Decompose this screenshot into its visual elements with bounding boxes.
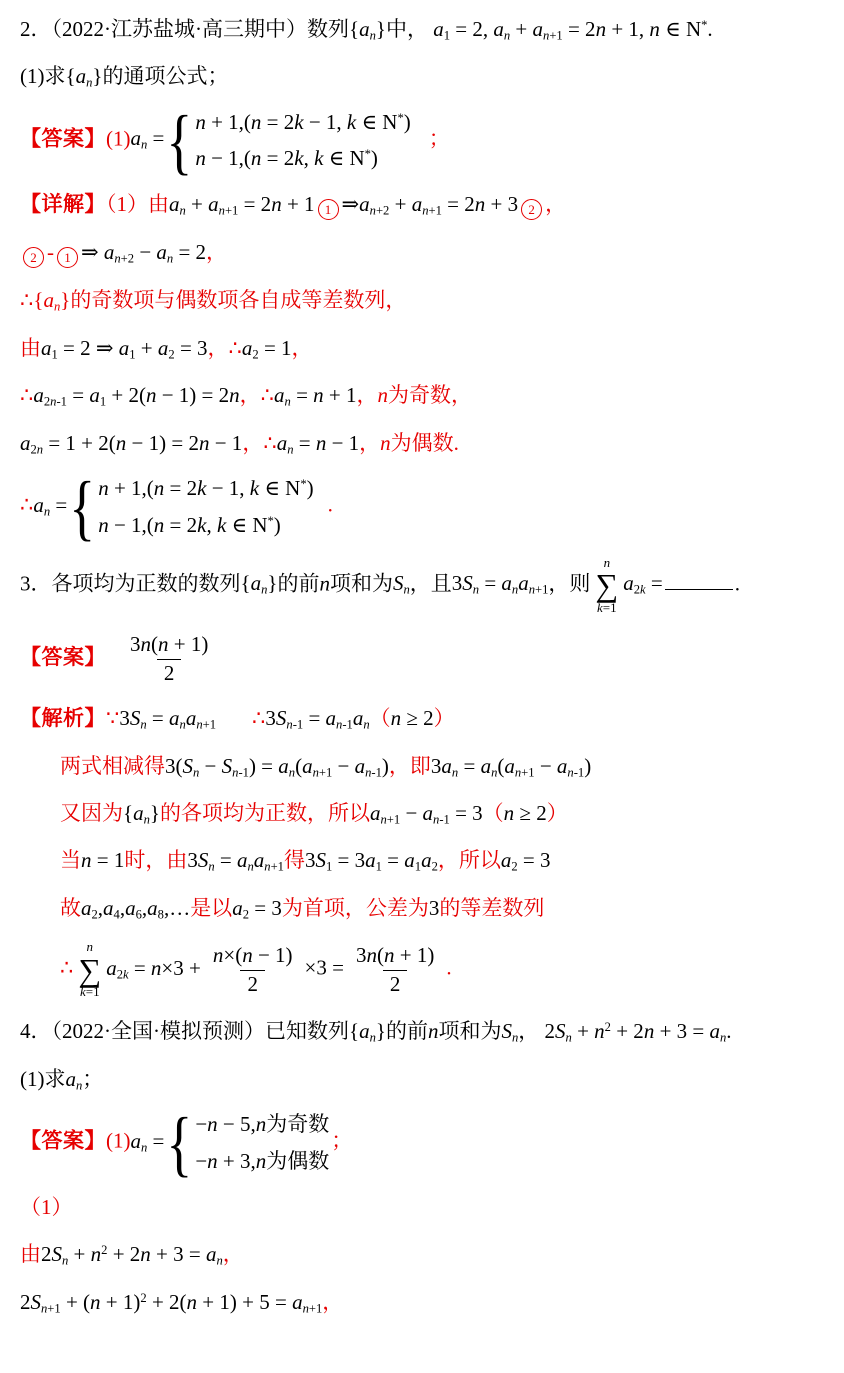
superscript: * xyxy=(365,147,371,161)
text: 当 xyxy=(60,848,81,872)
superscript: * xyxy=(701,18,707,32)
text: （1） xyxy=(20,1195,73,1219)
subscript: n xyxy=(289,765,295,779)
subscript: n-1 xyxy=(336,718,353,732)
subscript: n xyxy=(180,204,186,218)
subscript: 1 xyxy=(326,860,332,874)
fraction: 3n(n + 1)2 xyxy=(123,632,215,686)
math-text: a2,a4,a6,a8,… xyxy=(81,896,190,920)
text: ∴ xyxy=(20,493,33,517)
piecewise-row: −n − 5,n为奇数 xyxy=(195,1111,329,1138)
subscript: n+1 xyxy=(303,1301,323,1315)
problem-2-solution-line-2: 2-1⇒ an+2 − an = 2， xyxy=(20,237,824,268)
text: ，即 xyxy=(389,754,431,778)
subscript: n+1 xyxy=(515,765,535,779)
subscript: n xyxy=(261,583,267,597)
text: ， xyxy=(208,336,229,360)
math-text: 3n(n + 1) xyxy=(130,632,208,656)
problem-4-answer: 【答案】(1)an ={−n − 5,n为奇数−n + 3,n为偶数； xyxy=(20,1111,824,1175)
subscript: n xyxy=(287,442,293,456)
math-text: 2Sn + n2 + 2n + 3 = an. xyxy=(545,1019,732,1043)
math-text: an = n + 1 xyxy=(274,383,356,407)
piecewise-row: n − 1,(n = 2k, k ∈ N*) xyxy=(195,145,410,172)
math-text: {an} xyxy=(123,801,160,825)
subscript: n+1 xyxy=(264,860,284,874)
subscript: n+1 xyxy=(543,29,563,43)
text: 的前 xyxy=(386,1019,428,1043)
text: 由 xyxy=(20,336,41,360)
piecewise-row: n + 1,(n = 2k − 1, k ∈ N*) xyxy=(98,475,313,502)
text: 的等差数列 xyxy=(439,896,544,920)
text: 为首项，公差为 xyxy=(282,896,429,920)
text: （ xyxy=(483,801,504,825)
math-text: 3Sn = anan+1 xyxy=(452,571,549,595)
math-text: n xyxy=(428,1019,439,1043)
text: ， xyxy=(545,192,566,216)
text: . xyxy=(328,493,333,517)
text: ∴ xyxy=(20,383,33,407)
text: ，且 xyxy=(410,571,452,595)
math-text: an + an+1 = 2n + 1 xyxy=(169,192,315,216)
piecewise-row: n − 1,(n = 2k, k ∈ N*) xyxy=(98,512,313,539)
piecewise-rows: −n − 5,n为奇数−n + 3,n为偶数 xyxy=(195,1111,329,1175)
subscript: n+1 xyxy=(380,813,400,827)
subscript: n xyxy=(44,504,50,518)
math-text: an+2 + an+1 = 2n + 3 xyxy=(359,192,518,216)
math-text: n ≥ 2 xyxy=(391,706,434,730)
text: 【答案】 xyxy=(20,1129,106,1153)
text: ； xyxy=(82,1067,103,1091)
problem-3-analysis-line-4: 当n = 1时，由3Sn = anan+1得3S1 = 3a1 = a1a2，所… xyxy=(60,845,824,875)
subscript: n xyxy=(370,29,376,43)
text: ， xyxy=(518,1019,544,1043)
subscript: n xyxy=(452,765,458,779)
subscript: 1 xyxy=(376,860,382,874)
subscript: n+1 xyxy=(313,765,333,779)
text: 的前 xyxy=(277,571,319,595)
problem-3-analysis-line-1: 【解析】∵3Sn = anan+1∴3Sn-1 = an-1an（n ≥ 2） xyxy=(20,703,824,733)
subscript: n xyxy=(141,1140,147,1154)
subscript: n xyxy=(140,718,146,732)
subscript: n xyxy=(167,252,173,266)
math-text: 3Sn = anan+1 xyxy=(187,848,284,872)
superscript: * xyxy=(397,111,403,125)
problem-3-answer: 【答案】3n(n + 1)2 xyxy=(20,632,824,686)
text: 的奇数项与偶数项各自成等差数列， xyxy=(70,288,406,312)
subscript: n xyxy=(491,765,497,779)
text: ， xyxy=(242,431,263,455)
text: ， xyxy=(357,383,378,407)
subscript: n xyxy=(193,765,199,779)
math-text: ×3 = xyxy=(305,956,344,980)
text: ∴ xyxy=(229,336,242,360)
math-text: a1 = 2 ⇒ a1 + a2 = 3 xyxy=(41,336,208,360)
subscript: 1 xyxy=(444,29,450,43)
text: （ xyxy=(370,706,391,730)
math-text: n xyxy=(380,431,391,455)
subscript: 8 xyxy=(158,907,164,921)
math-text: a2 = 3 xyxy=(232,896,282,920)
text: 项和为 xyxy=(438,1019,501,1043)
text: ； xyxy=(331,1129,352,1153)
subscript: n+1 xyxy=(219,204,239,218)
problem-2-solution-line-3: ∴{an}的奇数项与偶数项各自成等差数列， xyxy=(20,285,824,315)
answer-blank xyxy=(665,568,733,590)
text: 故 xyxy=(60,896,81,920)
subscript: 1 xyxy=(129,347,135,361)
math-text: a2k = xyxy=(623,571,662,595)
fraction: 3n(n + 1)2 xyxy=(349,943,441,997)
text: 项和为 xyxy=(330,571,393,595)
math-text: n xyxy=(319,571,330,595)
math-text: 3S1 = 3a1 = a1a2 xyxy=(305,848,438,872)
math-text: an = n − 1 xyxy=(277,431,359,455)
subscript: n xyxy=(285,395,291,409)
summation: n∑k=1 xyxy=(595,556,618,615)
text: ， xyxy=(359,431,380,455)
text: . xyxy=(735,571,740,595)
text: 【解析】 xyxy=(20,706,106,730)
subscript: n xyxy=(370,1031,376,1045)
subscript: n xyxy=(141,138,147,152)
summation-lower-limit: k=1 xyxy=(80,985,100,999)
subscript: 2k xyxy=(117,967,129,981)
math-text: 2 xyxy=(390,972,401,996)
math-text: n ≥ 2 xyxy=(504,801,547,825)
math-text: {an} xyxy=(349,17,386,41)
subscript: n-1 xyxy=(433,813,450,827)
math-text: −n + 3,n为偶数 xyxy=(195,1149,329,1173)
fraction-denominator: 2 xyxy=(240,970,265,997)
text: 两式相减得 xyxy=(60,754,165,778)
text: ∴ xyxy=(60,956,73,980)
text: 中， xyxy=(386,17,433,41)
text: ， xyxy=(292,336,313,360)
subscript: n xyxy=(720,1031,726,1045)
problem-3-statement: 3．各项均为正数的数列{an}的前n项和为Sn，且3Sn = anan+1，则n… xyxy=(20,556,824,615)
text: 为偶数. xyxy=(391,431,459,455)
superscript: 2 xyxy=(605,1020,611,1034)
math-text: n = 1 xyxy=(81,848,124,872)
math-text: 3Sn-1 = an-1an xyxy=(265,706,369,730)
math-text: a2 = 1 xyxy=(242,336,292,360)
fraction-numerator: 3n(n + 1) xyxy=(123,632,215,659)
math-text: 3an = an(an+1 − an-1) xyxy=(431,754,591,778)
text: 又因为 xyxy=(60,801,123,825)
subscript: 6 xyxy=(136,907,142,921)
math-text: Sn xyxy=(393,571,410,595)
left-brace-icon: { xyxy=(166,104,192,177)
math-text: n xyxy=(378,383,389,407)
math-text: 3Sn = anan+1 xyxy=(119,706,216,730)
subscript: n-1 xyxy=(232,765,249,779)
math-text: 2Sn+1 + (n + 1)2 + 2(n + 1) + 5 = an+1 xyxy=(20,1290,322,1314)
piecewise-rows: n + 1,(n = 2k − 1, k ∈ N*)n − 1,(n = 2k,… xyxy=(98,475,313,539)
text: 是以 xyxy=(190,896,232,920)
math-text: an xyxy=(66,1067,83,1091)
text: 时，由 xyxy=(124,848,187,872)
left-brace-icon: { xyxy=(69,471,95,544)
problem-3-analysis-line-3: 又因为{an}的各项均为正数，所以an+1 − an-1 = 3（n ≥ 2） xyxy=(60,798,824,828)
math-text: an = xyxy=(131,126,165,150)
math-text: ⇒ xyxy=(342,192,360,216)
text: ； xyxy=(429,126,450,150)
text: 由 xyxy=(20,1242,41,1266)
superscript: 2 xyxy=(140,1291,146,1305)
circled-number: 1 xyxy=(318,199,339,220)
subscript: 2n-1 xyxy=(44,395,67,409)
math-text: {an} xyxy=(349,1019,386,1043)
left-brace-icon: { xyxy=(166,1107,192,1180)
math-text: a2k = n×3 + xyxy=(106,956,201,980)
summation-lower-limit: k=1 xyxy=(597,601,617,615)
math-text: −n − 5,n为奇数 xyxy=(195,1112,329,1136)
text: (1) xyxy=(106,1129,131,1153)
subscript: 2 xyxy=(168,347,174,361)
subscript: n xyxy=(473,583,479,597)
text: 得 xyxy=(284,848,305,872)
math-text: 3 xyxy=(429,896,440,920)
math-text: an+1 − an-1 = 3 xyxy=(370,801,483,825)
math-text: n − 1,(n = 2k, k ∈ N*) xyxy=(195,146,378,170)
subscript: n+1 xyxy=(41,1301,61,1315)
problem-4-statement: 4．（2022·全国·模拟预测）已知数列{an}的前n项和为Sn， 2Sn + … xyxy=(20,1016,824,1046)
text: 的各项均为正数，所以 xyxy=(160,801,370,825)
math-text: 2 xyxy=(164,661,175,685)
superscript: 2 xyxy=(101,1243,107,1257)
subscript: 2 xyxy=(92,907,98,921)
text: ，所以 xyxy=(438,848,501,872)
subscript: n xyxy=(62,1254,68,1268)
text: . xyxy=(446,956,451,980)
math-text: a2n = 1 + 2(n − 1) = 2n − 1 xyxy=(20,431,242,455)
subscript: n xyxy=(144,813,150,827)
text: 的通项公式； xyxy=(102,64,228,88)
text: 2．（2022·江苏盐城·高三期中）数列 xyxy=(20,17,349,41)
problem-2-solution-line-5: ∴a2n-1 = a1 + 2(n − 1) = 2n，∴an = n + 1，… xyxy=(20,380,824,410)
text: ∴ xyxy=(20,288,33,312)
subscript: n xyxy=(86,76,92,90)
math-text: an = xyxy=(33,493,67,517)
text: ） xyxy=(434,706,455,730)
sigma-icon: ∑ xyxy=(595,570,618,600)
text: 【答案】 xyxy=(20,645,106,669)
problem-2-solution-line-6: a2n = 1 + 2(n − 1) = 2n − 1，∴an = n − 1，… xyxy=(20,428,824,458)
text: 【答案】 xyxy=(20,126,106,150)
text: ， xyxy=(206,240,227,264)
subscript: 2 xyxy=(252,347,258,361)
text: ∴ xyxy=(252,706,265,730)
fraction-numerator: 3n(n + 1) xyxy=(349,943,441,970)
subscript: n-1 xyxy=(365,765,382,779)
document-page: { "page": { "background": "#ffffff", "te… xyxy=(0,0,844,1373)
problem-2-solution-line-1: 【详解】（1）由an + an+1 = 2n + 11⇒an+2 + an+1 … xyxy=(20,189,824,220)
subscript: 2 xyxy=(243,907,249,921)
circled-number: 1 xyxy=(57,247,78,268)
subscript: n xyxy=(566,1031,572,1045)
text: ∵ xyxy=(106,706,119,730)
problem-2-solution-line-4: 由a1 = 2 ⇒ a1 + a2 = 3，∴a2 = 1， xyxy=(20,333,824,363)
math-text: {an} xyxy=(66,64,103,88)
subscript: 1 xyxy=(100,395,106,409)
text: 4．（2022·全国·模拟预测）已知数列 xyxy=(20,1019,349,1043)
text: 3．各项均为正数的数列 xyxy=(20,571,241,595)
math-text: ⇒ an+2 − an = 2 xyxy=(81,240,206,264)
math-text: a1 = 2, an + an+1 = 2n + 1, n ∈ N*. xyxy=(433,17,712,41)
problem-2-answer: 【答案】(1)an ={n + 1,(n = 2k − 1, k ∈ N*)n … xyxy=(20,109,824,173)
text: ， xyxy=(240,383,261,407)
text: (1)求 xyxy=(20,1067,66,1091)
problem-3-analysis-line-5: 故a2,a4,a6,a8,…是以a2 = 3为首项，公差为3的等差数列 xyxy=(60,893,824,923)
problem-3-analysis-line-6: ∴n∑k=1a2k = n×3 +n×(n − 1)2×3 =3n(n + 1)… xyxy=(60,940,824,999)
text: 为奇数， xyxy=(388,383,472,407)
problem-2-statement: 2．（2022·江苏盐城·高三期中）数列{an}中， a1 = 2, an + … xyxy=(20,14,824,44)
math-text: n + 1,(n = 2k − 1, k ∈ N*) xyxy=(195,110,410,134)
fraction: n×(n − 1)2 xyxy=(206,943,300,997)
subscript: n+1 xyxy=(422,204,442,218)
problem-4-solution-part-label: （1） xyxy=(20,1192,824,1222)
math-text: {an} xyxy=(241,571,278,595)
text: 【详解】 xyxy=(20,192,106,216)
problem-2-question-1: (1)求{an}的通项公式； xyxy=(20,61,824,91)
fraction-numerator: n×(n − 1) xyxy=(206,943,300,970)
text: ，则 xyxy=(548,571,590,595)
piecewise-definition: {−n − 5,n为奇数−n + 3,n为偶数 xyxy=(166,1111,329,1175)
subscript: 1 xyxy=(52,347,58,361)
problem-2-solution-line-7: ∴an ={n + 1,(n = 2k − 1, k ∈ N*)n − 1,(n… xyxy=(20,475,824,539)
piecewise-rows: n + 1,(n = 2k − 1, k ∈ N*)n − 1,(n = 2k,… xyxy=(195,109,410,173)
subscript: 2 xyxy=(511,860,517,874)
math-text: n − 1,(n = 2k, k ∈ N*) xyxy=(98,513,281,537)
document-body: 2．（2022·江苏盐城·高三期中）数列{an}中， a1 = 2, an + … xyxy=(0,0,844,1317)
circled-number: 2 xyxy=(23,247,44,268)
problem-3-analysis-line-2: 两式相减得3(Sn − Sn-1) = an(an+1 − an-1)，即3an… xyxy=(60,751,824,781)
subscript: 4 xyxy=(114,907,120,921)
text: (1) xyxy=(106,126,131,150)
math-text: {an} xyxy=(33,288,70,312)
subscript: 2k xyxy=(634,583,646,597)
math-text: a2n-1 = a1 + 2(n − 1) = 2n xyxy=(33,383,239,407)
subscript: n xyxy=(504,29,510,43)
text: ∴ xyxy=(263,431,276,455)
superscript: * xyxy=(268,514,274,528)
text: - xyxy=(47,240,54,264)
circled-number: 2 xyxy=(521,199,542,220)
subscript: n+2 xyxy=(114,252,134,266)
math-text: 3(Sn − Sn-1) = an(an+1 − an-1) xyxy=(165,754,389,778)
text: ， xyxy=(322,1290,343,1314)
problem-4-solution-line-2: 2Sn+1 + (n + 1)2 + 2(n + 1) + 5 = an+1， xyxy=(20,1287,824,1317)
text: ） xyxy=(547,801,568,825)
piecewise-definition: {n + 1,(n = 2k − 1, k ∈ N*)n − 1,(n = 2k… xyxy=(166,109,410,173)
subscript: n xyxy=(208,860,214,874)
summation: n∑k=1 xyxy=(78,940,101,999)
text: ∴ xyxy=(261,383,274,407)
math-text: n + 1,(n = 2k − 1, k ∈ N*) xyxy=(98,476,313,500)
text: ， xyxy=(223,1242,244,1266)
problem-4-solution-line-1: 由2Sn + n2 + 2n + 3 = an， xyxy=(20,1239,824,1269)
subscript: n-1 xyxy=(286,718,303,732)
subscript: n-1 xyxy=(567,765,584,779)
math-text: an = xyxy=(131,1129,165,1153)
subscript: 2n xyxy=(31,442,44,456)
piecewise-row: n + 1,(n = 2k − 1, k ∈ N*) xyxy=(195,109,410,136)
math-text: 2 xyxy=(247,972,258,996)
fraction-denominator: 2 xyxy=(383,970,408,997)
math-text: 2Sn + n2 + 2n + 3 = an xyxy=(41,1242,223,1266)
subscript: n+2 xyxy=(370,204,390,218)
math-text: a2 = 3 xyxy=(501,848,551,872)
math-text: Sn xyxy=(501,1019,518,1043)
subscript: n+1 xyxy=(529,583,549,597)
sigma-icon: ∑ xyxy=(78,955,101,985)
piecewise-definition: {n + 1,(n = 2k − 1, k ∈ N*)n − 1,(n = 2k… xyxy=(69,475,313,539)
subscript: n+1 xyxy=(196,718,216,732)
math-text: n×(n − 1) xyxy=(213,943,293,967)
subscript: n xyxy=(54,300,60,314)
text: (1)求 xyxy=(20,64,66,88)
piecewise-row: −n + 3,n为偶数 xyxy=(195,1148,329,1175)
math-text: 3n(n + 1) xyxy=(356,943,434,967)
text: （1）由 xyxy=(106,192,169,216)
superscript: * xyxy=(300,477,306,491)
problem-4-question-1: (1)求an； xyxy=(20,1064,824,1094)
fraction-denominator: 2 xyxy=(157,659,182,686)
